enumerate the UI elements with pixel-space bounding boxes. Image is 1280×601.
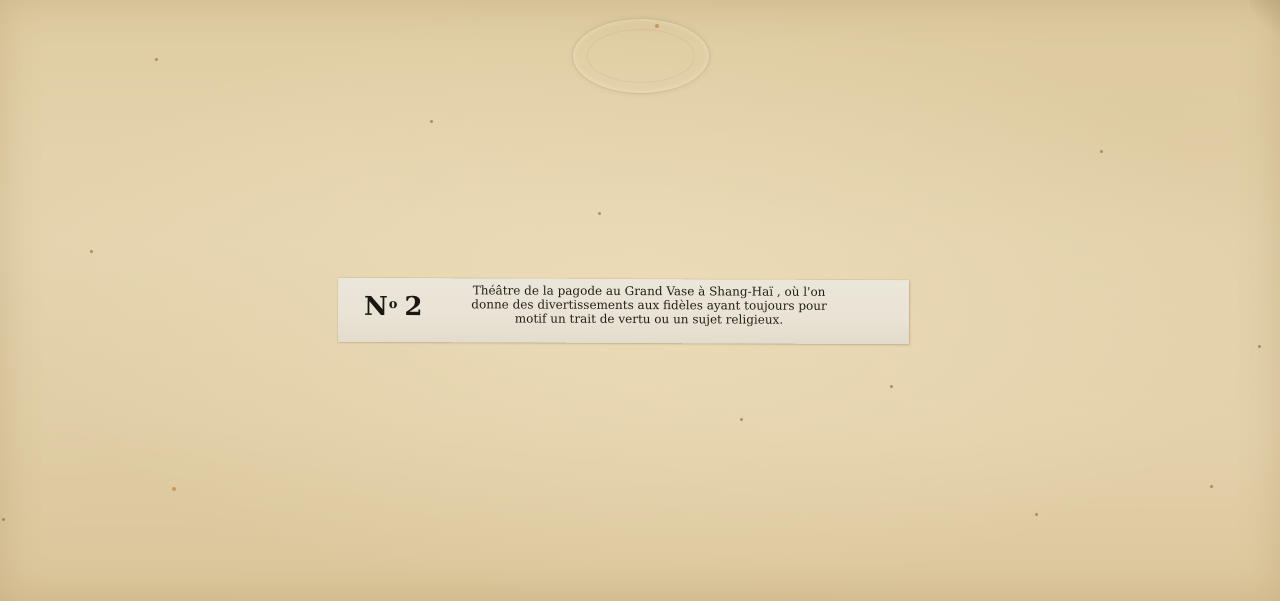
number-prefix: N	[364, 292, 389, 322]
stereoview-card-back: No2 Théâtre de la pagode au Grand Vase à…	[0, 0, 1280, 601]
embossed-stamp	[572, 18, 710, 94]
paper-speck	[1100, 150, 1103, 153]
caption-text: Théâtre de la pagode au Grand Vase à Sha…	[424, 283, 874, 327]
paper-speck	[90, 250, 93, 253]
corner-wear	[1250, 0, 1280, 40]
paper-speck	[740, 418, 743, 421]
number-superscript: o	[389, 297, 399, 312]
paper-speck	[1210, 485, 1213, 488]
number-value: 2	[404, 292, 423, 322]
paper-speck	[655, 24, 659, 28]
paper-speck	[430, 120, 433, 123]
caption-line-2: donne des divertissements aux fidèles ay…	[424, 297, 874, 313]
paper-speck	[1258, 345, 1261, 348]
paper-speck	[2, 518, 5, 521]
paper-speck	[155, 58, 158, 61]
pasted-caption-label: No2 Théâtre de la pagode au Grand Vase à…	[338, 278, 909, 344]
card-number: No2	[364, 291, 424, 323]
paper-speck	[1035, 513, 1038, 516]
paper-speck	[172, 487, 176, 491]
paper-speck	[890, 385, 893, 388]
paper-speck	[598, 212, 601, 215]
caption-line-3: motif un trait de vertu ou un sujet reli…	[424, 311, 874, 327]
